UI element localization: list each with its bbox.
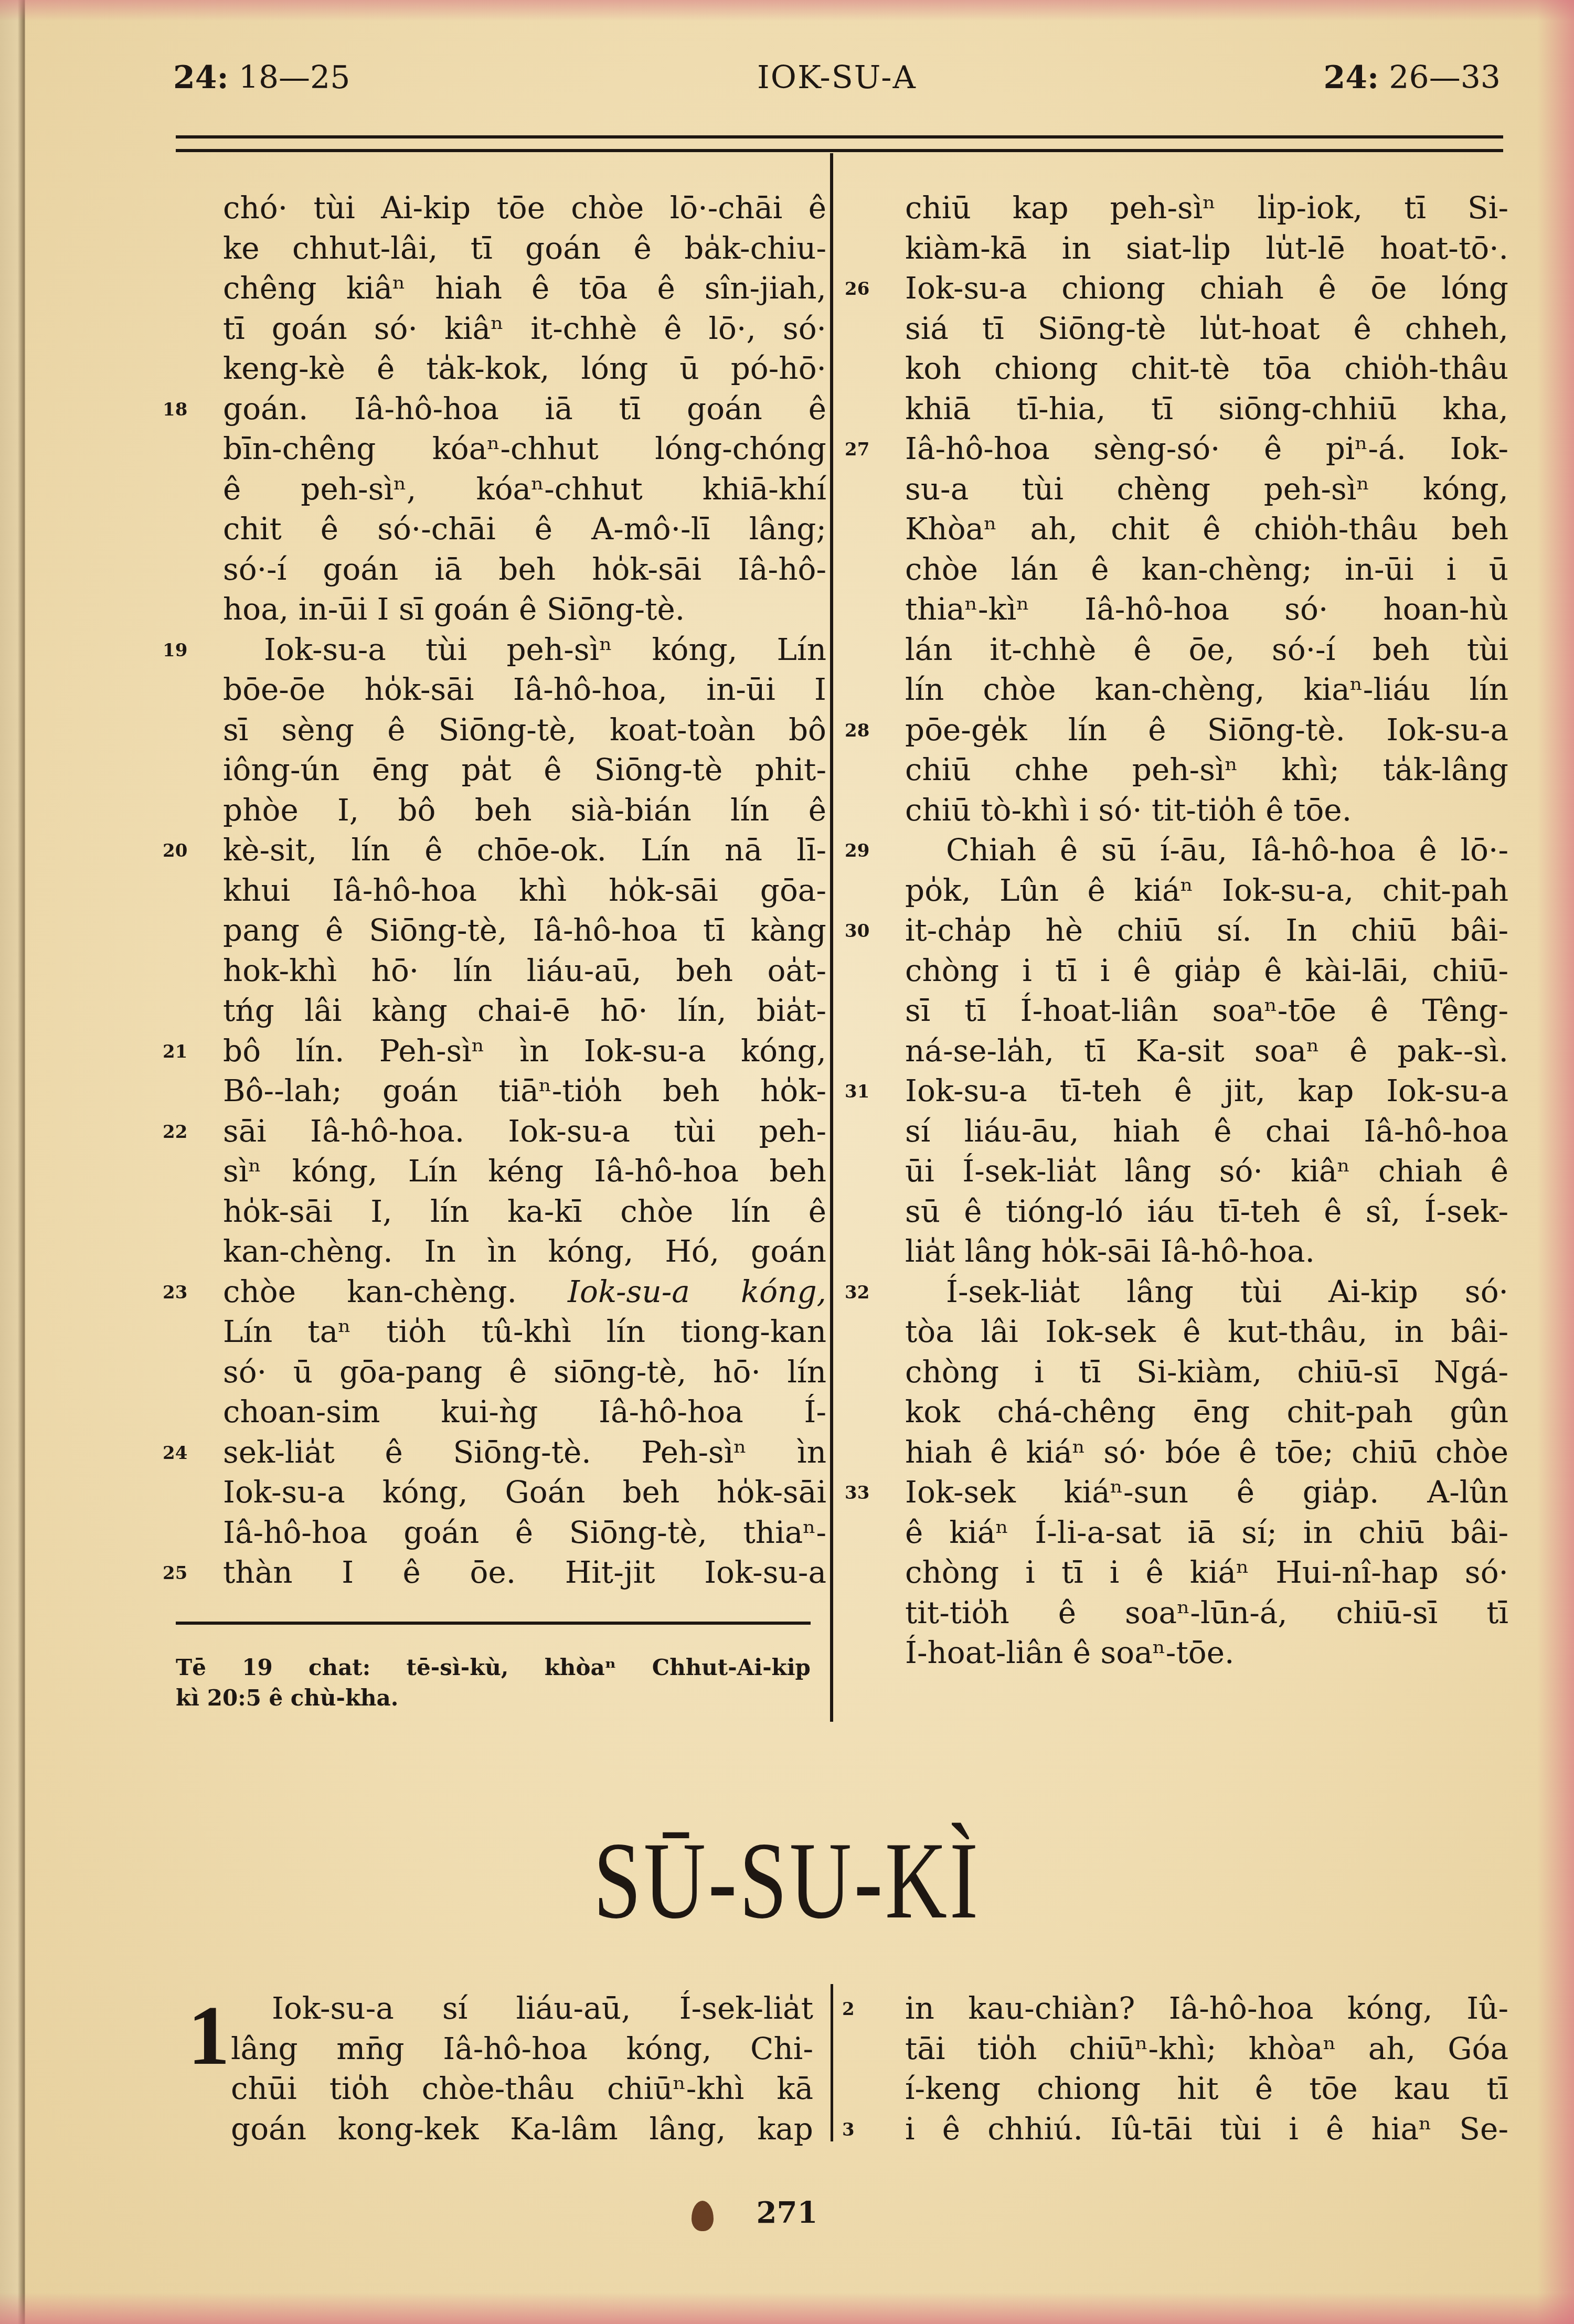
line-text: su-a tùi chèng peh-sìⁿ kóng, xyxy=(905,471,1508,507)
line-text: Khòaⁿ ah, chit ê chio̍h-thâu beh xyxy=(905,511,1508,547)
verse-text-line: 23chòe kan-chèng. Iok-su-a kóng, xyxy=(223,1272,826,1312)
verse-text-line: ūi Í-sek-lia̍t lâng só· kiâⁿ chiah ê xyxy=(905,1151,1508,1191)
line-text: sī sèng ê Siōng-tè, koat-toàn bô xyxy=(223,712,826,748)
chapter-left-column: Iok-su-a sí liáu-aū, Í-sek-lia̍tlâng mn̄… xyxy=(231,1988,813,2149)
line-text: chit ê só·-chāi ê A-mô·-lī lâng; xyxy=(223,511,826,547)
verse-text-line: ê kiáⁿ Í-li-a-sat iā sí; in chiū bâi- xyxy=(905,1512,1508,1553)
verse-text-line: sū ê tióng-ló iáu tī-teh ê sî, Í-sek- xyxy=(905,1191,1508,1232)
line-text: ūi Í-sek-lia̍t lâng só· kiâⁿ chiah ê xyxy=(905,1153,1508,1189)
line-text: Chiah ê sū í-āu, Iâ-hô-hoa ê lō·- xyxy=(946,832,1508,868)
verse-text-line: chòng i tī Si-kiàm, chiū-sī Ngá- xyxy=(905,1352,1508,1392)
line-text: Iâ-hô-hoa goán ê Siōng-tè, thiaⁿ- xyxy=(223,1515,826,1550)
verse-number: 21 xyxy=(163,1032,187,1072)
line-text: chòe kan-chèng. xyxy=(223,1274,517,1309)
verse-number: 25 xyxy=(163,1553,187,1594)
line-text: Í-sek-lia̍t lâng tùi Ai-kip só· xyxy=(946,1274,1508,1309)
verse-text-line: 3i ê chhiú. Iû-tāi tùi i ê hiaⁿ Se- xyxy=(905,2109,1508,2149)
verse-text-line: 20kè-sit, lín ê chōe-ok. Lín nā lī- xyxy=(223,830,826,870)
right-verse-range: 26—33 xyxy=(1389,59,1501,96)
verse-number: 31 xyxy=(845,1072,869,1112)
verse-text-line: lâng mn̄g Iâ-hô-hoa kóng, Chi- xyxy=(231,2029,813,2069)
line-text: kè-sit, lín ê chōe-ok. Lín nā lī- xyxy=(223,832,826,868)
line-text: Iâ-hô-hoa sèng-só· ê piⁿ-á. Iok- xyxy=(905,431,1508,466)
line-text: chó· tùi Ai-kip tōe chòe lō·-chāi ê xyxy=(223,190,826,226)
chapter-number: 1 xyxy=(188,1993,230,2077)
verse-text-line: ke chhut-lâi, tī goán ê ba̍k-chiu- xyxy=(223,228,826,269)
verse-text-line: chiū kap peh-sìⁿ li̍p-iok, tī Si- xyxy=(905,188,1508,228)
line-text: sí liáu-āu, hiah ê chai Iâ-hô-hoa xyxy=(905,1113,1508,1149)
header-rule-bottom xyxy=(176,149,1503,152)
line-text: in kau-chiàn? Iâ-hô-hoa kóng, Iû- xyxy=(905,1990,1508,2026)
verse-number: 19 xyxy=(163,631,187,671)
verse-text-line: 21bô lín. Peh-sìⁿ ìn Iok-su-a kóng, xyxy=(223,1031,826,1071)
verse-number: 23 xyxy=(163,1273,187,1313)
verse-text-line: í-keng chiong hit ê tōe kau tī xyxy=(905,2069,1508,2109)
verse-text-line: chit ê só·-chāi ê A-mô·-lī lâng; xyxy=(223,509,826,549)
line-text: hiah ê kiáⁿ só· bóe ê tōe; chiū chòe xyxy=(905,1434,1508,1470)
verse-text-line: só·-í goán iā beh ho̍k-sāi Iâ-hô- xyxy=(223,549,826,590)
line-text: chòng i tī i ê kiáⁿ Hui-nî-hap só· xyxy=(905,1554,1508,1590)
line-text: siá tī Siōng-tè lu̍t-hoat ê chheh, xyxy=(905,311,1508,346)
verse-number: 33 xyxy=(845,1473,869,1513)
line-text: chiū tò-khì i só· tit-tio̍h ê tōe. xyxy=(905,792,1352,828)
line-text: Bô--lah; goán tiāⁿ-tio̍h beh ho̍k- xyxy=(223,1073,826,1108)
line-text: hok-khì hō· lín liáu-aū, beh oa̍t- xyxy=(223,953,826,988)
line-text: lín chòe kan-chèng, kiaⁿ-liáu lín xyxy=(905,671,1508,707)
footnote-rule xyxy=(176,1622,811,1625)
verse-text-line: hok-khì hō· lín liáu-aū, beh oa̍t- xyxy=(223,951,826,991)
footnote: Tē 19 chat: tē-sì-kù, khòaⁿ Chhut-Ai-kip… xyxy=(176,1653,811,1713)
verse-text-line: ê peh-sìⁿ, kóaⁿ-chhut khiā-khí xyxy=(223,469,826,509)
line-text: goán kong-kek Ka-lâm lâng, kap xyxy=(231,2111,813,2147)
verse-text-line: tī goán só· kiâⁿ it-chhè ê lō·, só· xyxy=(223,308,826,349)
verse-text-line: 26Iok-su-a chiong chiah ê ōe lóng xyxy=(905,268,1508,308)
book-running-title: IOK-SU-A xyxy=(173,57,1501,99)
line-text: koh chiong chit-tè tōa chio̍h-thâu xyxy=(905,350,1508,386)
line-text: chūi tio̍h chòe-thâu chiūⁿ-khì kā xyxy=(231,2071,813,2106)
line-text: pang ê Siōng-tè, Iâ-hô-hoa tī kàng xyxy=(223,912,826,948)
verse-text-line: 25thàn I ê ōe. Hit-jit Iok-su-a xyxy=(223,1552,826,1593)
verse-text-line: choan-sim kui-ǹg Iâ-hô-hoa Í- xyxy=(223,1392,826,1432)
edge-stain-right xyxy=(1537,0,1574,2324)
line-text: kok chá-chêng ēng chit-pah gûn xyxy=(905,1394,1508,1430)
line-text: chòe lán ê kan-chèng; in-ūi i ū xyxy=(905,551,1508,587)
verse-text-line: lán it-chhè ê ōe, só·-í beh tùi xyxy=(905,630,1508,670)
footnote-line: Tē 19 chat: tē-sì-kù, khòaⁿ Chhut-Ai-kip xyxy=(176,1653,811,1683)
line-text: sek-lia̍t ê Siōng-tè. Peh-sìⁿ ìn xyxy=(223,1434,826,1470)
verse-text-line: tāi tio̍h chiūⁿ-khì; khòaⁿ ah, Góa xyxy=(905,2029,1508,2069)
line-text: bōe-ōe ho̍k-sāi Iâ-hô-hoa, in-ūi I xyxy=(223,671,826,707)
verse-text-line: tòa lâi Iok-sek ê kut-thâu, in bâi- xyxy=(905,1312,1508,1352)
verse-text-line: hiah ê kiáⁿ só· bóe ê tōe; chiū chòe xyxy=(905,1432,1508,1473)
verse-text-line: chòng i tī i ê gia̍p ê kài-lāi, chiū- xyxy=(905,951,1508,991)
verse-text-line: koh chiong chit-tè tōa chio̍h-thâu xyxy=(905,348,1508,389)
line-text: chiū chhe peh-sìⁿ khì; ta̍k-lâng xyxy=(905,752,1508,787)
verse-text-line: khiā tī-hia, tī siōng-chhiū kha, xyxy=(905,389,1508,429)
line-text: Iok-su-a tùi peh-sìⁿ kóng, Lín xyxy=(264,632,826,667)
header-rule-top xyxy=(176,135,1503,138)
verse-text-line: Bô--lah; goán tiāⁿ-tio̍h beh ho̍k- xyxy=(223,1071,826,1111)
line-text: sāi Iâ-hô-hoa. Iok-su-a tùi peh- xyxy=(223,1113,826,1149)
page-number: 271 xyxy=(0,2195,1574,2230)
scanned-bible-page: 24: 18—25 IOK-SU-A 24: 26—33 chó· tùi Ai… xyxy=(0,0,1574,2324)
verse-text-line: po̍k, Lûn ê kiáⁿ Iok-su-a, chit-pah xyxy=(905,870,1508,911)
verse-text-line: chêng kiâⁿ hiah ê tōa ê sîn-jiah, xyxy=(223,268,826,308)
footnote-line: kì 20:5 ê chù-kha. xyxy=(176,1683,811,1713)
verse-text-line: Iok-su-a kóng, Goán beh ho̍k-sāi xyxy=(223,1472,826,1512)
line-text: ná-se-la̍h, tī Ka-sit soaⁿ ê pak--sì. xyxy=(905,1033,1508,1069)
verse-text-line: bīn-chêng kóaⁿ-chhut lóng-chóng xyxy=(223,429,826,469)
line-text: tòa lâi Iok-sek ê kut-thâu, in bâi- xyxy=(905,1314,1508,1349)
line-text: i ê chhiú. Iû-tāi tùi i ê hiaⁿ Se- xyxy=(905,2111,1508,2147)
line-text: sìⁿ kóng, Lín kéng Iâ-hô-hoa beh xyxy=(223,1153,826,1189)
line-text: ho̍k-sāi I, lín ka-kī chòe lín ê xyxy=(223,1193,826,1229)
running-head: 24: 18—25 IOK-SU-A 24: 26—33 xyxy=(173,57,1501,99)
verse-text-line: 22sāi Iâ-hô-hoa. Iok-su-a tùi peh- xyxy=(223,1111,826,1152)
verse-text-line: chiū chhe peh-sìⁿ khì; ta̍k-lâng xyxy=(905,750,1508,790)
verse-text-line: siá tī Siōng-tè lu̍t-hoat ê chheh, xyxy=(905,308,1508,349)
line-text: kiàm-kā in siat-li̍p lu̍t-lē hoat-tō·. xyxy=(905,230,1508,266)
verse-text-line: goán kong-kek Ka-lâm lâng, kap xyxy=(231,2109,813,2149)
line-text: tī goán só· kiâⁿ it-chhè ê lō·, só· xyxy=(223,311,826,346)
line-text: it-cha̍p hè chiū sí. In chiū bâi- xyxy=(905,912,1508,948)
line-text: tńg lâi kàng chai-ē hō· lín, bia̍t- xyxy=(223,993,826,1028)
verse-number: 29 xyxy=(845,831,869,871)
verse-text-line: phòe I, bô beh sià-bián lín ê xyxy=(223,790,826,830)
verse-text-line: 27Iâ-hô-hoa sèng-só· ê piⁿ-á. Iok- xyxy=(905,429,1508,469)
verse-text-line: keng-kè ê ta̍k-kok, lóng ū pó-hō· xyxy=(223,348,826,389)
verse-text-line: sí liáu-āu, hiah ê chai Iâ-hô-hoa xyxy=(905,1111,1508,1152)
verse-text-line: khui Iâ-hô-hoa khì ho̍k-sāi gōa- xyxy=(223,870,826,911)
verse-text-line: 18goán. Iâ-hô-hoa iā tī goán ê xyxy=(223,389,826,429)
verse-number: 27 xyxy=(845,430,869,470)
verse-text-line: chūi tio̍h chòe-thâu chiūⁿ-khì kā xyxy=(231,2069,813,2109)
verse-text-line: sī sèng ê Siōng-tè, koat-toàn bô xyxy=(223,710,826,750)
verse-text-line: hoa, in-ūi I sī goán ê Siōng-tè. xyxy=(223,589,826,630)
verse-number: 28 xyxy=(845,711,869,751)
verse-text-line: 33Iok-sek kiáⁿ-sun ê gia̍p. A-lûn xyxy=(905,1472,1508,1512)
line-text: Iok-su-a chiong chiah ê ōe lóng xyxy=(905,270,1508,306)
verse-text-line: 30it-cha̍p hè chiū sí. In chiū bâi- xyxy=(905,910,1508,951)
verse-text-line: sī tī Í-hoat-liân soaⁿ-tōe ê Têng- xyxy=(905,990,1508,1031)
edge-stain-bottom xyxy=(0,2293,1574,2324)
line-text: pōe-ge̍k lín ê Siōng-tè. Iok-su-a xyxy=(905,712,1508,748)
verse-text-line: lín chòe kan-chèng, kiaⁿ-liáu lín xyxy=(905,669,1508,710)
verse-text-line: iông-ún ēng pa̍t ê Siōng-tè phit- xyxy=(223,750,826,790)
line-text: hoa, in-ūi I sī goán ê Siōng-tè. xyxy=(223,591,685,627)
verse-text-line: lia̍t lâng ho̍k-sāi Iâ-hô-hoa. xyxy=(905,1231,1508,1272)
line-text: kan-chèng. In ìn kóng, Hó, goán xyxy=(223,1233,826,1269)
running-head-right-reference: 24: 26—33 xyxy=(1324,57,1501,99)
line-text: thiaⁿ-kìⁿ Iâ-hô-hoa só· hoan-hù xyxy=(905,591,1508,627)
line-text: khiā tī-hia, tī siōng-chhiū kha, xyxy=(905,391,1508,427)
right-text-column: chiū kap peh-sìⁿ li̍p-iok, tī Si-kiàm-kā… xyxy=(905,188,1508,1673)
line-text: sū ê tióng-ló iáu tī-teh ê sî, Í-sek- xyxy=(905,1193,1508,1229)
verse-text-line: ho̍k-sāi I, lín ka-kī chòe lín ê xyxy=(223,1191,826,1232)
line-text: khui Iâ-hô-hoa khì ho̍k-sāi gōa- xyxy=(223,872,826,908)
line-text: Iok-su-a sí liáu-aū, Í-sek-lia̍t xyxy=(272,1990,813,2026)
verse-text-line: chòe lán ê kan-chèng; in-ūi i ū xyxy=(905,549,1508,590)
verse-number: 24 xyxy=(163,1433,187,1474)
verse-text-line: chiū tò-khì i só· tit-tio̍h ê tōe. xyxy=(905,790,1508,830)
book-title: SŪ-SU-KÌ xyxy=(173,1818,1401,1944)
verse-text-line: bōe-ōe ho̍k-sāi Iâ-hô-hoa, in-ūi I xyxy=(223,669,826,710)
line-text: chiū kap peh-sìⁿ li̍p-iok, tī Si- xyxy=(905,190,1508,226)
verse-text-line: pang ê Siōng-tè, Iâ-hô-hoa tī kàng xyxy=(223,910,826,951)
line-text: choan-sim kui-ǹg Iâ-hô-hoa Í- xyxy=(223,1394,826,1430)
line-text: keng-kè ê ta̍k-kok, lóng ū pó-hō· xyxy=(223,350,826,386)
verse-text-line: kiàm-kā in siat-li̍p lu̍t-lē hoat-tō·. xyxy=(905,228,1508,269)
line-text: í-keng chiong hit ê tōe kau tī xyxy=(905,2071,1508,2106)
verse-number: 22 xyxy=(163,1112,187,1153)
verse-text-line: 31Iok-su-a tī-teh ê jit, kap Iok-su-a xyxy=(905,1071,1508,1111)
line-text: tit-tio̍h ê soaⁿ-lūn-á, chiū-sī tī xyxy=(905,1595,1508,1630)
line-text: só· ū gōa-pang ê siōng-tè, hō· lín xyxy=(223,1354,826,1390)
line-text: Lín taⁿ tio̍h tû-khì lín tiong-kan xyxy=(223,1314,826,1349)
verse-text-line: 29Chiah ê sū í-āu, Iâ-hô-hoa ê lō·- xyxy=(905,830,1508,870)
line-text: Iok-su-a tī-teh ê jit, kap Iok-su-a xyxy=(905,1073,1508,1108)
line-text: iông-ún ēng pa̍t ê Siōng-tè phit- xyxy=(223,752,826,787)
line-text: lán it-chhè ê ōe, só·-í beh tùi xyxy=(905,632,1508,667)
line-text: lia̍t lâng ho̍k-sāi Iâ-hô-hoa. xyxy=(905,1233,1315,1269)
binding-gutter xyxy=(0,0,25,2324)
verse-text-line: Í-hoat-liân ê soaⁿ-tōe. xyxy=(905,1633,1508,1673)
right-chapter-number: 24: xyxy=(1324,59,1379,96)
line-text: thàn I ê ōe. Hit-jit Iok-su-a xyxy=(223,1554,826,1590)
line-text: bīn-chêng kóaⁿ-chhut lóng-chóng xyxy=(223,431,826,466)
column-divider xyxy=(830,153,833,1722)
verse-text-line: 24sek-lia̍t ê Siōng-tè. Peh-sìⁿ ìn xyxy=(223,1432,826,1473)
chapter-right-column: 2in kau-chiàn? Iâ-hô-hoa kóng, Iû-tāi ti… xyxy=(905,1988,1508,2149)
verse-number: 18 xyxy=(163,390,187,430)
verse-text-line: tit-tio̍h ê soaⁿ-lūn-á, chiū-sī tī xyxy=(905,1593,1508,1633)
verse-text-line: tńg lâi kàng chai-ē hō· lín, bia̍t- xyxy=(223,990,826,1031)
line-text: bô lín. Peh-sìⁿ ìn Iok-su-a kóng, xyxy=(223,1033,826,1069)
line-text: po̍k, Lûn ê kiáⁿ Iok-su-a, chit-pah xyxy=(905,872,1508,908)
line-text: phòe I, bô beh sià-bián lín ê xyxy=(223,792,826,828)
line-text: chòng i tī Si-kiàm, chiū-sī Ngá- xyxy=(905,1354,1508,1390)
verse-text-line: Iâ-hô-hoa goán ê Siōng-tè, thiaⁿ- xyxy=(223,1512,826,1553)
verse-number: 30 xyxy=(845,911,869,952)
column-divider-lower xyxy=(831,1984,833,2141)
verse-text-line: ná-se-la̍h, tī Ka-sit soaⁿ ê pak--sì. xyxy=(905,1031,1508,1071)
verse-text-line: chòng i tī i ê kiáⁿ Hui-nî-hap só· xyxy=(905,1552,1508,1593)
line-text: ke chhut-lâi, tī goán ê ba̍k-chiu- xyxy=(223,230,826,266)
verse-text-line: sìⁿ kóng, Lín kéng Iâ-hô-hoa beh xyxy=(223,1151,826,1191)
verse-text-line: su-a tùi chèng peh-sìⁿ kóng, xyxy=(905,469,1508,509)
verse-number: 20 xyxy=(163,831,187,871)
line-text: lâng mn̄g Iâ-hô-hoa kóng, Chi- xyxy=(231,2031,813,2066)
verse-text-line: kok chá-chêng ēng chit-pah gûn xyxy=(905,1392,1508,1432)
line-text: Iok-su-a kóng, Goán beh ho̍k-sāi xyxy=(223,1474,826,1510)
line-text: sī tī Í-hoat-liân soaⁿ-tōe ê Têng- xyxy=(905,993,1508,1028)
line-text: chêng kiâⁿ hiah ê tōa ê sîn-jiah, xyxy=(223,270,826,306)
verse-text-line: chó· tùi Ai-kip tōe chòe lō·-chāi ê xyxy=(223,188,826,228)
verse-text-line: 32Í-sek-lia̍t lâng tùi Ai-kip só· xyxy=(905,1272,1508,1312)
left-text-column: chó· tùi Ai-kip tōe chòe lō·-chāi êke ch… xyxy=(223,188,826,1593)
line-text: ê peh-sìⁿ, kóaⁿ-chhut khiā-khí xyxy=(223,471,826,507)
verse-text-line: 19Iok-su-a tùi peh-sìⁿ kóng, Lín xyxy=(223,630,826,670)
edge-stain-top xyxy=(0,0,1574,21)
line-text: só·-í goán iā beh ho̍k-sāi Iâ-hô- xyxy=(223,551,826,587)
verse-text-line: só· ū gōa-pang ê siōng-tè, hō· lín xyxy=(223,1352,826,1392)
verse-number: 32 xyxy=(845,1273,869,1313)
verse-text-line: kan-chèng. In ìn kóng, Hó, goán xyxy=(223,1231,826,1272)
line-text: Í-hoat-liân ê soaⁿ-tōe. xyxy=(905,1635,1234,1670)
verse-number: 3 xyxy=(842,2110,855,2150)
verse-text-line: thiaⁿ-kìⁿ Iâ-hô-hoa só· hoan-hù xyxy=(905,589,1508,630)
line-text: chòng i tī i ê gia̍p ê kài-lāi, chiū- xyxy=(905,953,1508,988)
verse-text-line: 2in kau-chiàn? Iâ-hô-hoa kóng, Iû- xyxy=(905,1988,1508,2029)
line-text: Iok-sek kiáⁿ-sun ê gia̍p. A-lûn xyxy=(905,1474,1508,1510)
verse-text-line: Lín taⁿ tio̍h tû-khì lín tiong-kan xyxy=(223,1312,826,1352)
verse-number: 26 xyxy=(845,269,869,310)
verse-text-line: Khòaⁿ ah, chit ê chio̍h-thâu beh xyxy=(905,509,1508,549)
line-text: ê kiáⁿ Í-li-a-sat iā sí; in chiū bâi- xyxy=(905,1515,1508,1550)
verse-text-line: Iok-su-a sí liáu-aū, Í-sek-lia̍t xyxy=(231,1988,813,2029)
italic-insert: Iok-su-a kóng, xyxy=(568,1274,826,1309)
line-text: tāi tio̍h chiūⁿ-khì; khòaⁿ ah, Góa xyxy=(905,2031,1508,2066)
line-text: goán. Iâ-hô-hoa iā tī goán ê xyxy=(223,391,826,427)
verse-text-line: 28pōe-ge̍k lín ê Siōng-tè. Iok-su-a xyxy=(905,710,1508,750)
verse-number: 2 xyxy=(842,1989,855,2030)
